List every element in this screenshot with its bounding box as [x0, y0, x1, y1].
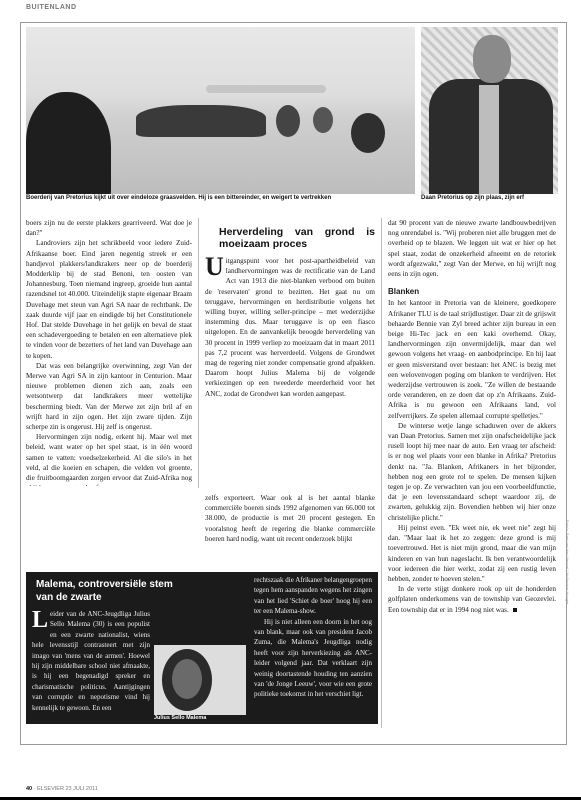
malema-photo-caption: Julius Sello Malema	[154, 715, 206, 721]
end-of-article-mark	[513, 608, 517, 612]
paragraph: dat 90 procent van de nieuwe zwarte land…	[388, 218, 556, 279]
column-divider	[198, 218, 199, 488]
page-footer: 40 · ELSEVIER 23 JULI 2011	[26, 786, 98, 792]
column-divider	[381, 218, 382, 728]
paragraph: In het kantoor in Pretoria van de kleine…	[388, 298, 556, 420]
section-label: BUITENLAND	[26, 4, 77, 11]
dropcap: L	[32, 610, 48, 630]
paragraph: boers zijn nu de eerste plakkers gearriv…	[26, 218, 192, 238]
sidebar-box: Malema, controversiële stem van de zwart…	[26, 572, 378, 724]
portrait-photo	[421, 27, 558, 194]
inset-headline: Herverdeling van grond is moeizaam proce…	[219, 226, 375, 250]
sidebar-column-2: rechtszaak die Afrikaner belangengroepen…	[254, 575, 372, 700]
paragraph: Landroviers zijn het schrikbeeld voor ie…	[26, 238, 192, 360]
subhead: Blanken	[388, 287, 556, 297]
paragraph: Dat was een belangrijke overwinning, zeg…	[26, 361, 192, 432]
article-column-3: dat 90 procent van de nieuwe zwarte land…	[388, 218, 556, 728]
malema-photo	[154, 645, 246, 715]
paragraph: rechtszaak die Afrikaner belangengroepen…	[254, 575, 372, 617]
sidebar-headline: Malema, controversiële stem van de zwart…	[36, 578, 176, 604]
paragraph: In de verte stijgt donkere rook op uit d…	[388, 584, 556, 615]
publication-date: ELSEVIER 23 JULI 2011	[37, 786, 98, 792]
photo-credit: Foto's: Bart van den Heuvel / Hollandse …	[562, 520, 570, 720]
dropcap: U	[205, 257, 224, 277]
sidebar-column-1: Leider van de ANC-Jeugdliga Julius Sello…	[32, 609, 150, 713]
paragraph: Hij peinst even. "Ek weet nie, ek weet n…	[388, 523, 556, 584]
inset-body: Uitgangspunt voor het post-apartheidbele…	[205, 256, 375, 399]
article-column-2: Herverdeling van grond is moeizaam proce…	[205, 218, 375, 399]
paragraph: Hij is niet alleen een doorn in het oog …	[254, 617, 372, 700]
paragraph: De winterse wetje lange schaduwen over d…	[388, 421, 556, 523]
portrait-photo-caption: Daan Pretorius op zijn plaas, zijn erf	[421, 195, 524, 201]
paragraph: Hervormingen zijn nodig, erkent hij. Maa…	[26, 432, 192, 486]
page-number: 40	[26, 786, 32, 792]
article-column-1: boers zijn nu de eerste plakkers gearriv…	[26, 218, 192, 486]
farmland-photo	[26, 27, 415, 194]
main-photo-caption: Boerderij van Pretorius kijkt uit over e…	[26, 195, 331, 201]
column-2-continuation: zelfs exporteert. Waar ook al is het aan…	[205, 493, 375, 563]
